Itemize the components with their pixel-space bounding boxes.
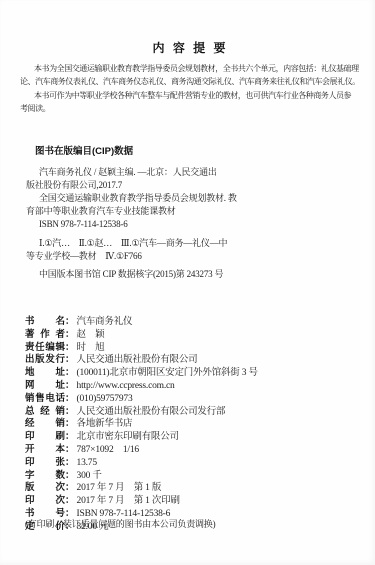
colophon-label: 印次: [25, 495, 65, 507]
colophon-row-format: 开本：787×1092 1/16: [25, 444, 355, 457]
colophon-value: 赵 颖: [77, 330, 105, 342]
summary-paragraph-line: 考阅读。: [20, 102, 358, 115]
colophon-row-publisher: 出版发行：人民交通出版社股份有限公司: [25, 354, 355, 367]
colophon-row-word-count: 字数：300 千: [25, 470, 355, 483]
colophon-label: 总经销: [25, 406, 65, 418]
colophon-value: (100011)北京市朝阳区安定门外外馆斜街 3 号: [77, 368, 258, 380]
colophon-colon: ：: [65, 316, 75, 328]
colophon-colon: ：: [65, 470, 75, 482]
colophon-label: 地址: [25, 367, 65, 379]
colophon-colon: ：: [65, 329, 75, 341]
colophon-colon: ：: [65, 342, 75, 354]
colophon-value: 人民交通出版社股份有限公司: [77, 355, 198, 367]
colophon-row-print-run: 印次：2017 年 7 月 第 1 次印刷: [25, 495, 355, 508]
cip-line-classification-wrap: 等专业学校—教材 Ⅳ.①F766: [26, 250, 326, 263]
colophon-label: 字数: [25, 470, 65, 482]
colophon-value: 300 千: [77, 471, 102, 483]
cip-line-isbn: ISBN 978-7-114-12538-6: [26, 218, 326, 231]
colophon-colon: ：: [65, 431, 75, 443]
colophon-colon: ：: [65, 444, 75, 456]
cip-data-section: 图书在版编目(CIP)数据 汽车商务礼仪 / 赵颖主编. —北京：人民交通出 版…: [26, 145, 326, 281]
colophon-label: 责任编辑: [25, 342, 65, 354]
colophon-colon: ：: [65, 380, 75, 392]
colophon-row-book-title: 书名：汽车商务礼仪: [25, 316, 355, 329]
colophon-label: 销售电话: [25, 393, 65, 405]
colophon-colon: ：: [65, 495, 75, 507]
colophon-colon: ：: [65, 482, 75, 494]
colophon-colon: ：: [65, 418, 75, 430]
cip-heading: 图书在版编目(CIP)数据: [26, 145, 326, 158]
colophon-colon: ：: [65, 393, 75, 405]
colophon-value: 汽车商务礼仪: [77, 317, 133, 329]
colophon-label: 开本: [25, 444, 65, 456]
colophon-section: 书名：汽车商务礼仪 著作者：赵 颖 责任编辑：时 旭 出版发行：人民交通出版社股…: [25, 316, 355, 534]
book-copyright-page: 内 容 提 要 本书为全国交通运输职业教育教学指导委员会规划教材，全书共六个单元…: [0, 0, 375, 565]
colophon-label: 书名: [25, 316, 65, 328]
colophon-colon: ：: [65, 367, 75, 379]
cip-line-classification: Ⅰ.①汽… Ⅱ.①赵… Ⅲ.①汽车—商务—礼仪—中: [26, 237, 326, 250]
colophon-label: 版次: [25, 482, 65, 494]
cip-line-title-author: 汽车商务礼仪 / 赵颖主编. —北京：人民交通出: [26, 166, 326, 179]
colophon-value: 时 旭: [77, 343, 105, 355]
cip-line-series-wrap: 育部中等职业教育汽车专业技能课教材: [26, 205, 326, 218]
colophon-value: 人民交通出版社股份有限公司发行部: [77, 407, 226, 419]
colophon-colon: ：: [65, 457, 75, 469]
colophon-row-author: 著作者：赵 颖: [25, 329, 355, 342]
colophon-value: 13.75: [77, 458, 97, 470]
colophon-label: 经销: [25, 418, 65, 430]
colophon-label: 出版发行: [25, 354, 65, 366]
colophon-value: (010)59757973: [77, 394, 133, 406]
summary-paragraph-line: 本书可作为中等职业学校各种汽车整车与配件营销专业的教材，也可供汽车行业各种商务人…: [20, 89, 358, 102]
colophon-row-general-distributor: 总经销：人民交通出版社股份有限公司发行部: [25, 406, 355, 419]
colophon-label: 网址: [25, 380, 65, 392]
colophon-row-printed-sheets: 印张：13.75: [25, 457, 355, 470]
colophon-label: 著作者: [25, 329, 65, 341]
colophon-row-responsible-editor: 责任编辑：时 旭: [25, 342, 355, 355]
summary-heading: 内 容 提 要: [20, 41, 358, 56]
colophon-row-address: 地址：(100011)北京市朝阳区安定门外外馆斜街 3 号: [25, 367, 355, 380]
colophon-value: 787×1092 1/16: [77, 445, 139, 457]
colophon-colon: ：: [65, 406, 75, 418]
colophon-label: 印张: [25, 457, 65, 469]
colophon-row-sales-phone: 销售电话：(010)59757973: [25, 393, 355, 406]
colophon-value: 北京市密东印刷有限公司: [77, 432, 179, 444]
colophon-row-printer: 印刷：北京市密东印刷有限公司: [25, 431, 355, 444]
summary-paragraph-line: 论、汽车商务仪表礼仪、汽车商务仪态礼仪、商务沟通交际礼仪、汽车商务来往礼仪和汽车…: [20, 75, 358, 88]
colophon-label: 印刷: [25, 431, 65, 443]
colophon-website-url: http://www.ccpress.com.cn: [77, 381, 175, 393]
cip-line-registry-number: 中国版本图书馆 CIP 数据核字(2015)第 243273 号: [26, 268, 326, 281]
colophon-value: 2017 年 7 月 第 1 次印刷: [77, 496, 180, 508]
colophon-row-website: 网址：http://www.ccpress.com.cn: [25, 380, 355, 393]
colophon-colon: ：: [65, 354, 75, 366]
colophon-row-distributor: 经销：各地新华书店: [25, 418, 355, 431]
content-summary-section: 内 容 提 要 本书为全国交通运输职业教育教学指导委员会规划教材，全书共六个单元…: [20, 41, 358, 115]
colophon-row-edition: 版次：2017 年 7 月 第 1 版: [25, 482, 355, 495]
summary-paragraph-line: 本书为全国交通运输职业教育教学指导委员会规划教材，全书共六个单元，内容包括：礼仪…: [20, 62, 358, 75]
colophon-value: 各地新华书店: [77, 419, 133, 431]
cip-line-series: 全国交通运输职业教育教学指导委员会规划教材. 教: [26, 192, 326, 205]
colophon-value: 2017 年 7 月 第 1 版: [77, 483, 162, 495]
quality-exchange-note: (有印刷、装订质量问题的图书由本公司负责调换): [25, 517, 215, 530]
cip-line-publisher-wrap: 版社股份有限公司,2017.7: [26, 179, 326, 192]
